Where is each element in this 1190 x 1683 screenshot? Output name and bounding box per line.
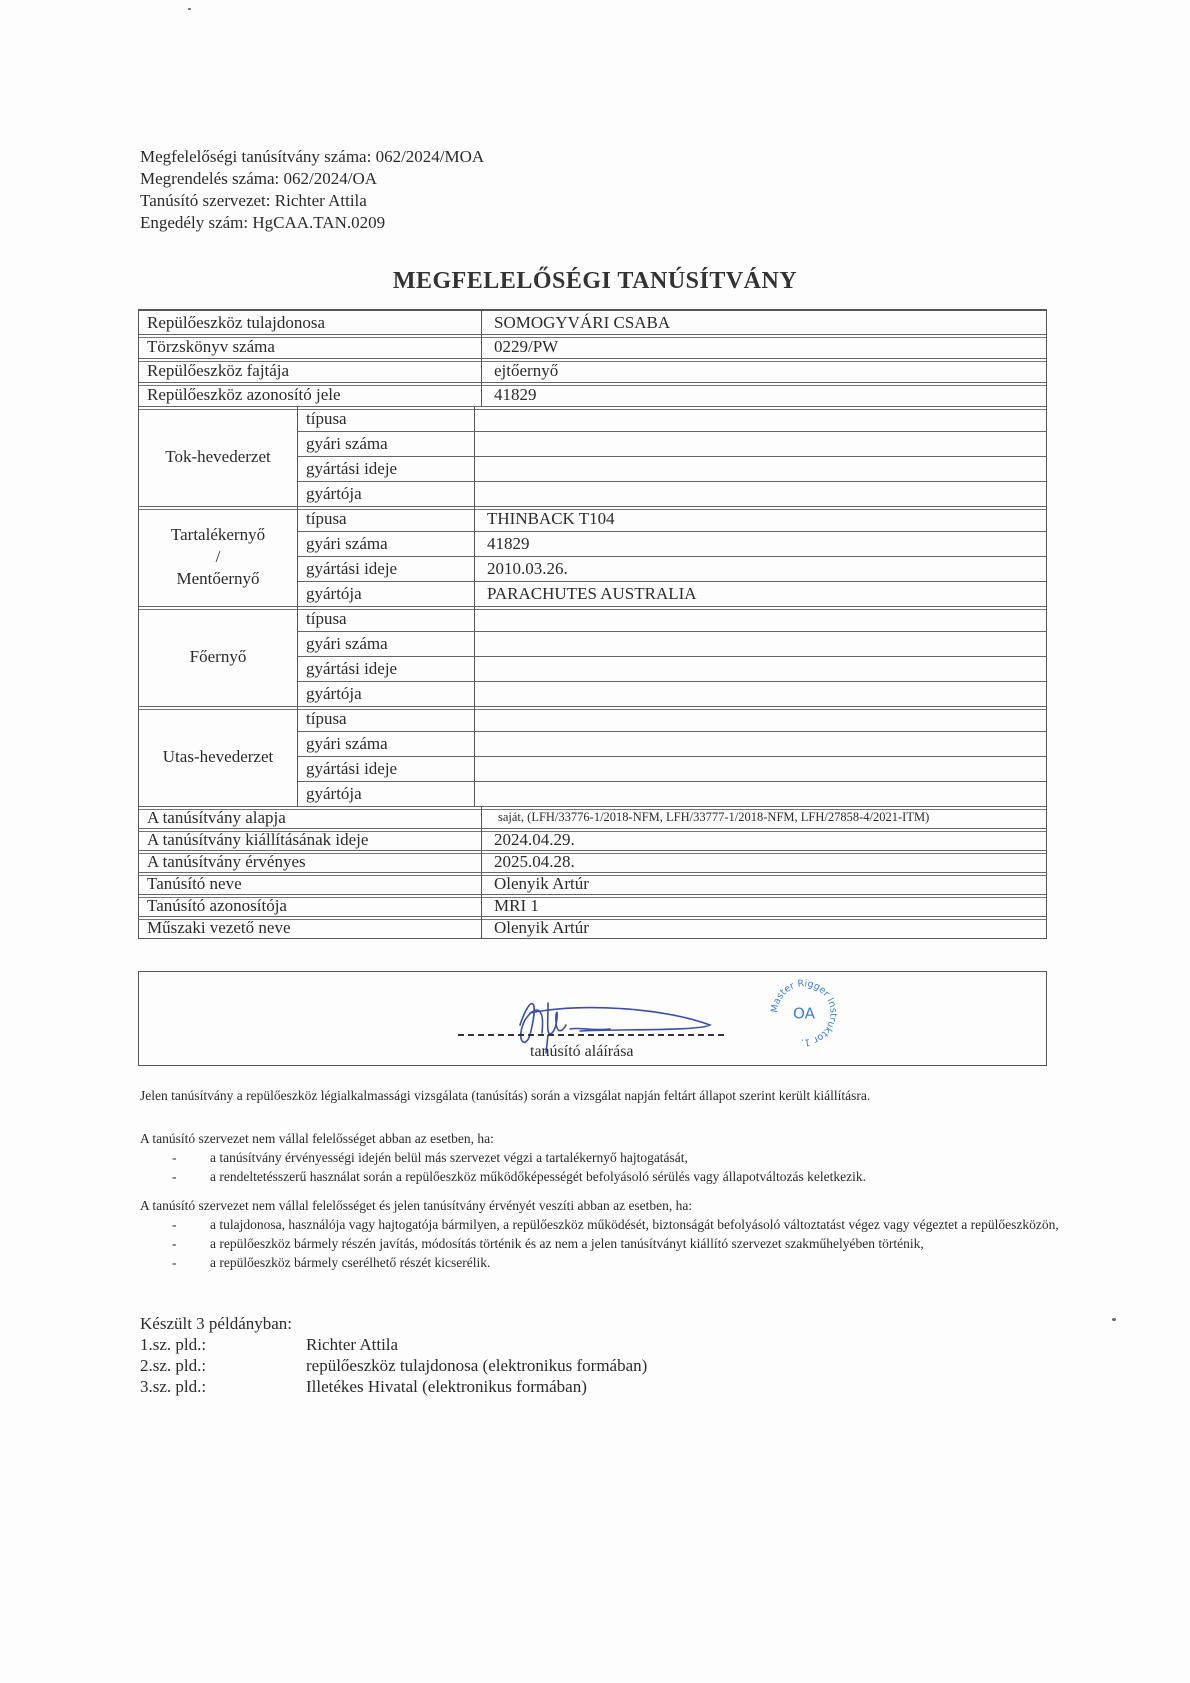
component-field: gyártási ideje (298, 557, 475, 581)
copy-item: 3.sz. pld.:Illetékes Hivatal (elektronik… (140, 1376, 647, 1397)
list-item-text: a tanúsítvány érvényességi idején belül … (210, 1148, 1060, 1167)
bullet-dash: - (140, 1215, 210, 1234)
component-field: gyártója (298, 482, 475, 506)
bullet-dash: - (140, 1234, 210, 1253)
component-group: Tok-hevederzettípusagyári számagyártási … (139, 406, 1046, 506)
component-row: gyári száma41829 (298, 531, 1046, 556)
row-label: A tanúsítvány kiállításának ideje (139, 829, 482, 850)
component-name: Tok-hevederzet (139, 407, 298, 506)
row-label: Repülőeszköz fajtája (139, 359, 482, 382)
component-value (475, 682, 1046, 706)
svg-text:OA: OA (793, 1005, 816, 1023)
document-title: MEGFELELŐSÉGI TANÚSÍTVÁNY (0, 268, 1190, 295)
row-value: SOMOGYVÁRI CSABA (482, 311, 1046, 334)
copy-recipient: repülőeszköz tulajdonosa (elektronikus f… (306, 1355, 647, 1376)
copy-recipient: Illetékes Hivatal (elektronikus formában… (306, 1376, 587, 1397)
row-value: saját, (LFH/33776-1/2018-NFM, LFH/33777-… (482, 807, 1046, 828)
copy-number: 3.sz. pld.: (140, 1376, 306, 1397)
component-name: Utas-hevederzet (139, 707, 298, 806)
copies-lead: Készült 3 példányban: (140, 1313, 647, 1334)
row-value: MRI 1 (482, 895, 1046, 916)
component-value (475, 457, 1046, 481)
copy-item: 1.sz. pld.:Richter Attila (140, 1334, 647, 1355)
component-group: Utas-hevederzettípusagyári számagyártási… (139, 706, 1046, 806)
copy-number: 2.sz. pld.: (140, 1355, 306, 1376)
component-value (475, 732, 1046, 756)
component-value (475, 782, 1046, 806)
order-number: Megrendelés száma: 062/2024/OA (140, 168, 484, 190)
component-value (475, 432, 1046, 456)
bullet-dash: - (140, 1167, 210, 1186)
component-row: gyártója (298, 481, 1046, 506)
component-row: gyári száma (298, 631, 1046, 656)
scan-speck (188, 8, 191, 10)
intro-note: Jelen tanúsítvány a repülőeszköz légialk… (140, 1086, 1060, 1105)
component-group: Tartalékernyő / MentőernyőtípusaTHINBACK… (139, 506, 1046, 606)
component-field: típusa (298, 607, 475, 631)
list-item: -a repülőeszköz bármely részén javítás, … (140, 1234, 1060, 1253)
stamp-icon: Master Rigger Instruktor 1. OA (766, 975, 842, 1051)
table-row: Törzskönyv száma0229/PW (139, 334, 1046, 358)
component-name: Tartalékernyő / Mentőernyő (139, 507, 298, 606)
component-row: gyártójaPARACHUTES AUSTRALIA (298, 581, 1046, 606)
signature-label: tanúsító aláírása (530, 1043, 634, 1061)
row-value: 0229/PW (482, 335, 1046, 358)
list-item: -a rendeltetésszerű használat során a re… (140, 1167, 1060, 1186)
component-field: típusa (298, 407, 475, 431)
liability-block-1: A tanúsító szervezet nem vállal felelőss… (140, 1129, 1060, 1186)
row-value: 41829 (482, 383, 1046, 406)
liability-lead-1: A tanúsító szervezet nem vállal felelőss… (140, 1129, 1060, 1148)
component-value (475, 657, 1046, 681)
component-field: típusa (298, 507, 475, 531)
component-field: gyártási ideje (298, 457, 475, 481)
component-field: gyártási ideje (298, 757, 475, 781)
component-value (475, 482, 1046, 506)
table-row: Műszaki vezető neveOlenyik Artúr (139, 916, 1046, 938)
component-row: típusa (298, 407, 1046, 431)
row-label: Törzskönyv száma (139, 335, 482, 358)
component-row: gyártója (298, 781, 1046, 806)
bullet-dash: - (140, 1148, 210, 1167)
license-number: Engedély szám: HgCAA.TAN.0209 (140, 212, 484, 234)
row-label: Repülőeszköz azonosító jele (139, 383, 482, 406)
table-row: A tanúsítvány kiállításának ideje2024.04… (139, 828, 1046, 850)
row-value: 2025.04.28. (482, 851, 1046, 872)
copy-item: 2.sz. pld.:repülőeszköz tulajdonosa (ele… (140, 1355, 647, 1376)
table-row: Tanúsító azonosítójaMRI 1 (139, 894, 1046, 916)
table-row: Tanúsító neveOlenyik Artúr (139, 872, 1046, 894)
table-row: Repülőeszköz fajtájaejtőernyő (139, 358, 1046, 382)
component-row: típusa (298, 707, 1046, 731)
list-item-text: a repülőeszköz bármely cserélhető részét… (210, 1253, 1060, 1272)
component-field: gyártója (298, 582, 475, 606)
component-value (475, 757, 1046, 781)
list-item: -a repülőeszköz bármely cserélhető részé… (140, 1253, 1060, 1272)
component-value (475, 632, 1046, 656)
component-row: típusa (298, 607, 1046, 631)
list-item-text: a repülőeszköz bármely részén javítás, m… (210, 1234, 1060, 1253)
row-label: Tanúsító neve (139, 873, 482, 894)
row-label: Repülőeszköz tulajdonosa (139, 311, 482, 334)
table-row: A tanúsítvány érvényes2025.04.28. (139, 850, 1046, 872)
row-value: Olenyik Artúr (482, 917, 1046, 938)
component-field: gyártási ideje (298, 657, 475, 681)
certificate-header: Megfelelőségi tanúsítvány száma: 062/202… (140, 146, 484, 234)
row-label: Tanúsító azonosítója (139, 895, 482, 916)
copy-recipient: Richter Attila (306, 1334, 398, 1355)
signature-line (458, 1034, 724, 1036)
table-row: A tanúsítvány alapjasaját, (LFH/33776-1/… (139, 806, 1046, 828)
certificate-number: Megfelelőségi tanúsítvány száma: 062/202… (140, 146, 484, 168)
row-label: A tanúsítvány alapja (139, 807, 482, 828)
component-group: Főernyőtípusagyári számagyártási idejegy… (139, 606, 1046, 706)
list-item: -a tulajdonosa, használója vagy hajtogat… (140, 1215, 1060, 1234)
list-item-text: a rendeltetésszerű használat során a rep… (210, 1167, 1060, 1186)
copies-section: Készült 3 példányban: 1.sz. pld.:Richter… (140, 1313, 647, 1397)
liability-block-2: A tanúsító szervezet nem vállal felelőss… (140, 1196, 1060, 1272)
row-value: Olenyik Artúr (482, 873, 1046, 894)
component-value (475, 707, 1046, 731)
component-field: gyári száma (298, 732, 475, 756)
component-row: típusaTHINBACK T104 (298, 507, 1046, 531)
component-row: gyártási ideje2010.03.26. (298, 556, 1046, 581)
component-row: gyártási ideje (298, 456, 1046, 481)
component-name: Főernyő (139, 607, 298, 706)
copy-number: 1.sz. pld.: (140, 1334, 306, 1355)
certifying-organization: Tanúsító szervezet: Richter Attila (140, 190, 484, 212)
component-field: típusa (298, 707, 475, 731)
certificate-table: Repülőeszköz tulajdonosaSOMOGYVÁRI CSABA… (138, 309, 1047, 939)
row-value: 2024.04.29. (482, 829, 1046, 850)
table-row: Repülőeszköz azonosító jele41829 (139, 382, 1046, 406)
bullet-dash: - (140, 1253, 210, 1272)
component-value: PARACHUTES AUSTRALIA (475, 582, 1046, 606)
component-row: gyártási ideje (298, 756, 1046, 781)
component-value: THINBACK T104 (475, 507, 1046, 531)
component-value: 2010.03.26. (475, 557, 1046, 581)
scan-speck (1112, 1318, 1116, 1321)
component-row: gyártási ideje (298, 656, 1046, 681)
component-field: gyári száma (298, 632, 475, 656)
component-value: 41829 (475, 532, 1046, 556)
row-label: Műszaki vezető neve (139, 917, 482, 938)
list-item-text: a tulajdonosa, használója vagy hajtogató… (210, 1215, 1060, 1234)
component-field: gyártója (298, 682, 475, 706)
row-value: ejtőernyő (482, 359, 1046, 382)
row-label: A tanúsítvány érvényes (139, 851, 482, 872)
component-value (475, 607, 1046, 631)
component-field: gyártója (298, 782, 475, 806)
component-row: gyári száma (298, 431, 1046, 456)
component-field: gyári száma (298, 532, 475, 556)
table-row: Repülőeszköz tulajdonosaSOMOGYVÁRI CSABA (139, 311, 1046, 334)
component-row: gyártója (298, 681, 1046, 706)
liability-lead-2: A tanúsító szervezet nem vállal felelőss… (140, 1196, 1060, 1215)
component-field: gyári száma (298, 432, 475, 456)
list-item: -a tanúsítvány érvényességi idején belül… (140, 1148, 1060, 1167)
component-row: gyári száma (298, 731, 1046, 756)
component-value (475, 407, 1046, 431)
